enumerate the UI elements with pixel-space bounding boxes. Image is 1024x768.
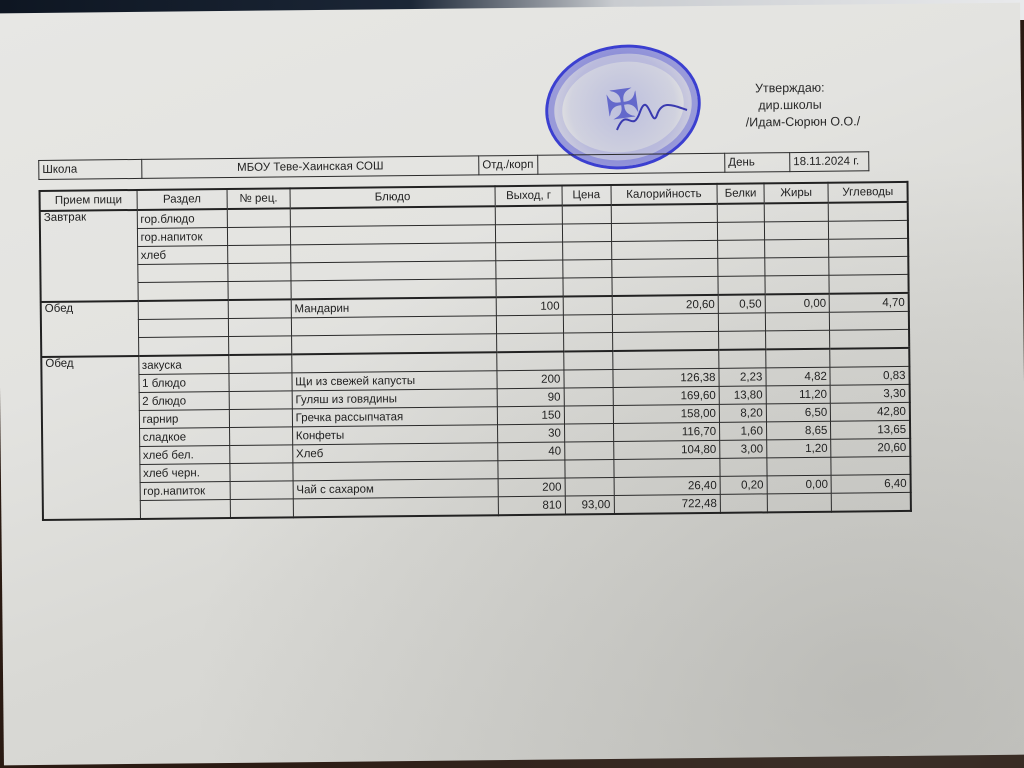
approval-block: Утверждаю: дир.школы /Идам-Сюрюн О.О./: [700, 79, 881, 132]
cell-proteins: [718, 313, 765, 331]
cell-calories: [612, 331, 719, 351]
cell-section: хлеб черн.: [139, 464, 230, 483]
cell-recipe-no: [229, 336, 292, 355]
cell-output: [497, 333, 564, 352]
cell-recipe-no: [227, 208, 290, 227]
meal-name: Завтрак: [40, 210, 138, 302]
cell-fats: 1,20: [767, 439, 832, 458]
meal-name: Обед: [41, 301, 139, 357]
cell-carbs: [829, 202, 908, 221]
cell-dish: Щи из свежей капусты: [292, 371, 498, 391]
cell-output: 810: [498, 496, 565, 515]
cell-dish: [290, 206, 496, 227]
cell-carbs: [830, 311, 909, 330]
cell-section: закуска: [138, 355, 229, 374]
cell-carbs: [830, 329, 909, 348]
col-carbs: Углеводы: [828, 182, 907, 203]
cell-calories: [611, 258, 718, 277]
cell-dish: [291, 334, 497, 355]
cell-price: [563, 314, 612, 333]
cell-dish: Мандарин: [291, 297, 497, 318]
cell-carbs: 20,60: [831, 438, 910, 457]
cell-calories: 116,70: [613, 422, 720, 441]
date-value: 18.11.2024 г.: [790, 152, 869, 172]
cell-section: хлеб: [137, 246, 228, 265]
cell-output: [498, 460, 565, 479]
cell-recipe-no: [230, 463, 293, 482]
cell-price: [564, 369, 613, 388]
cell-calories: [611, 204, 718, 224]
cell-output: [496, 278, 563, 297]
cell-calories: [612, 276, 719, 296]
cell-fats: [765, 257, 830, 276]
cell-price: [563, 332, 612, 351]
cell-proteins: [718, 276, 765, 295]
cell-recipe-no: [230, 499, 293, 518]
cell-price: [562, 224, 611, 243]
cell-calories: 126,38: [612, 368, 719, 387]
cell-section: гарнир: [139, 410, 230, 429]
cell-price: [564, 441, 613, 460]
cell-proteins: [717, 203, 764, 222]
cell-dish: [291, 352, 497, 373]
cell-carbs: [831, 456, 910, 475]
cell-dish: [291, 261, 497, 281]
cell-proteins: 2,23: [719, 368, 766, 386]
cell-output: [496, 315, 563, 334]
cell-calories: [611, 240, 718, 259]
cell-section: гор.напиток: [140, 482, 231, 501]
cell-section: 2 блюдо: [139, 392, 230, 411]
cell-calories: [612, 313, 719, 332]
cell-calories: 158,00: [613, 404, 720, 423]
cell-section: сладкое: [139, 428, 230, 447]
cell-proteins: 0,50: [718, 294, 765, 313]
cell-fats: [764, 221, 829, 240]
meal-name: Обед: [41, 356, 140, 520]
cell-fats: [766, 349, 831, 368]
cell-carbs: 13,65: [831, 420, 910, 439]
school-name: МБОУ Теве-Хаинская СОШ: [142, 156, 479, 179]
cell-fats: 0,00: [765, 294, 830, 313]
cell-dish: Гуляш из говядины: [292, 389, 498, 409]
col-proteins: Белки: [717, 183, 764, 203]
col-fats: Жиры: [764, 183, 829, 204]
cell-dish: [290, 243, 496, 263]
cell-output: 90: [497, 388, 564, 407]
cell-output: 100: [496, 297, 563, 316]
approval-name: /Идам-Сюрюн О.О./: [700, 113, 880, 132]
cell-proteins: [720, 494, 767, 513]
cell-carbs: [832, 492, 911, 511]
signature-icon: [612, 100, 692, 140]
dept-label: Отд./корп: [479, 155, 538, 175]
cell-output: 150: [497, 406, 564, 425]
cell-section: [138, 337, 229, 356]
cell-output: 200: [498, 478, 565, 497]
approval-position: дир.школы: [700, 96, 880, 115]
cell-output: [496, 224, 563, 243]
cell-carbs: 4,70: [829, 293, 908, 312]
cell-fats: [765, 312, 830, 331]
cell-price: [564, 351, 613, 370]
cell-dish: Конфеты: [292, 425, 498, 445]
cell-carbs: 3,30: [830, 384, 909, 403]
cell-recipe-no: [230, 445, 293, 464]
cell-price: [564, 387, 613, 406]
cell-recipe-no: [228, 299, 291, 318]
cell-calories: [611, 222, 718, 241]
cell-carbs: 42,80: [831, 402, 910, 421]
cell-recipe-no: [228, 227, 291, 246]
cell-proteins: [718, 258, 765, 276]
cell-calories: 722,48: [614, 494, 721, 514]
cell-dish: [291, 316, 497, 336]
cell-price: 93,00: [565, 495, 614, 514]
cell-carbs: 6,40: [831, 474, 910, 493]
cell-price: [562, 205, 611, 224]
cell-proteins: 0,20: [720, 476, 767, 494]
cell-price: [565, 477, 614, 496]
cell-output: 40: [498, 442, 565, 461]
cell-calories: 20,60: [612, 295, 719, 315]
cell-output: [497, 352, 564, 371]
cell-price: [563, 296, 612, 315]
cell-proteins: 8,20: [719, 404, 766, 422]
cell-section: [138, 282, 229, 301]
cell-carbs: 0,83: [830, 366, 909, 385]
cell-dish: Хлеб: [292, 443, 498, 463]
cell-fats: 0,00: [767, 475, 832, 494]
cell-fats: [764, 203, 829, 222]
cell-carbs: [829, 274, 908, 293]
cell-section: гор.блюдо: [137, 209, 228, 228]
cell-section: [138, 300, 229, 319]
menu-table: Прием пищи Раздел № рец. Блюдо Выход, г …: [39, 181, 912, 521]
cell-output: [495, 206, 562, 225]
cell-calories: 169,60: [613, 386, 720, 405]
col-meal: Прием пищи: [40, 190, 137, 211]
cell-carbs: [829, 220, 908, 239]
dept-value: [538, 153, 725, 174]
cell-recipe-no: [228, 318, 291, 337]
cell-dish: [293, 461, 499, 481]
cell-carbs: [829, 256, 908, 275]
cell-proteins: 3,00: [720, 440, 767, 458]
cell-output: [496, 242, 563, 261]
cell-recipe-no: [229, 391, 292, 410]
cell-calories: 104,80: [613, 440, 720, 459]
cell-price: [563, 278, 612, 297]
cell-recipe-no: [229, 354, 292, 373]
cell-output: 200: [497, 370, 564, 389]
cell-section: хлеб бел.: [139, 446, 230, 465]
cell-price: [563, 260, 612, 279]
cell-recipe-no: [228, 263, 291, 282]
cell-fats: [764, 239, 829, 258]
cell-proteins: 1,60: [720, 422, 767, 440]
cell-fats: [765, 275, 830, 294]
cell-calories: 26,40: [614, 476, 721, 495]
cell-recipe-no: [228, 245, 291, 264]
cell-recipe-no: [229, 409, 292, 428]
cell-fats: [767, 493, 832, 512]
cell-proteins: [720, 458, 767, 476]
cell-proteins: [718, 240, 765, 258]
day-label: День: [725, 153, 790, 173]
cell-recipe-no: [229, 373, 292, 392]
cell-output: 30: [498, 424, 565, 443]
cell-section: [138, 319, 229, 338]
cell-fats: 6,50: [766, 403, 831, 422]
cell-carbs: [830, 348, 909, 367]
cell-proteins: [719, 349, 766, 368]
cell-section: 1 блюдо: [138, 374, 229, 393]
cell-fats: [765, 330, 830, 349]
col-output: Выход, г: [495, 186, 562, 207]
col-dish: Блюдо: [290, 186, 496, 208]
cell-carbs: [829, 238, 908, 257]
cell-price: [564, 423, 613, 442]
cell-proteins: 13,80: [719, 386, 766, 404]
cell-recipe-no: [230, 427, 293, 446]
cell-fats: [767, 457, 832, 476]
cell-dish: Гречка рассыпчатая: [292, 407, 498, 427]
cell-recipe-no: [228, 281, 291, 300]
col-recipe-no: № рец.: [227, 188, 290, 209]
cell-section: гор.напиток: [137, 228, 228, 247]
cell-dish: Чай с сахаром: [293, 479, 499, 499]
approval-title: Утверждаю:: [700, 79, 880, 98]
cell-recipe-no: [230, 481, 293, 500]
cell-fats: 8,65: [766, 421, 831, 440]
cell-calories: [612, 350, 719, 370]
cell-dish: [291, 279, 497, 300]
school-label: Школа: [39, 159, 142, 179]
cell-section: [140, 500, 231, 519]
cell-output: [496, 260, 563, 279]
cell-price: [565, 459, 614, 478]
cell-calories: [613, 458, 720, 477]
col-calories: Калорийность: [611, 184, 718, 205]
cell-price: [562, 242, 611, 261]
cell-proteins: [719, 331, 766, 350]
cell-proteins: [717, 222, 764, 240]
col-price: Цена: [562, 185, 611, 206]
cell-fats: 4,82: [766, 367, 831, 386]
cell-price: [564, 405, 613, 424]
cell-section: [137, 264, 228, 283]
col-section: Раздел: [137, 189, 228, 210]
cell-dish: [293, 497, 499, 518]
cell-dish: [290, 225, 496, 245]
cell-fats: 11,20: [766, 385, 831, 404]
